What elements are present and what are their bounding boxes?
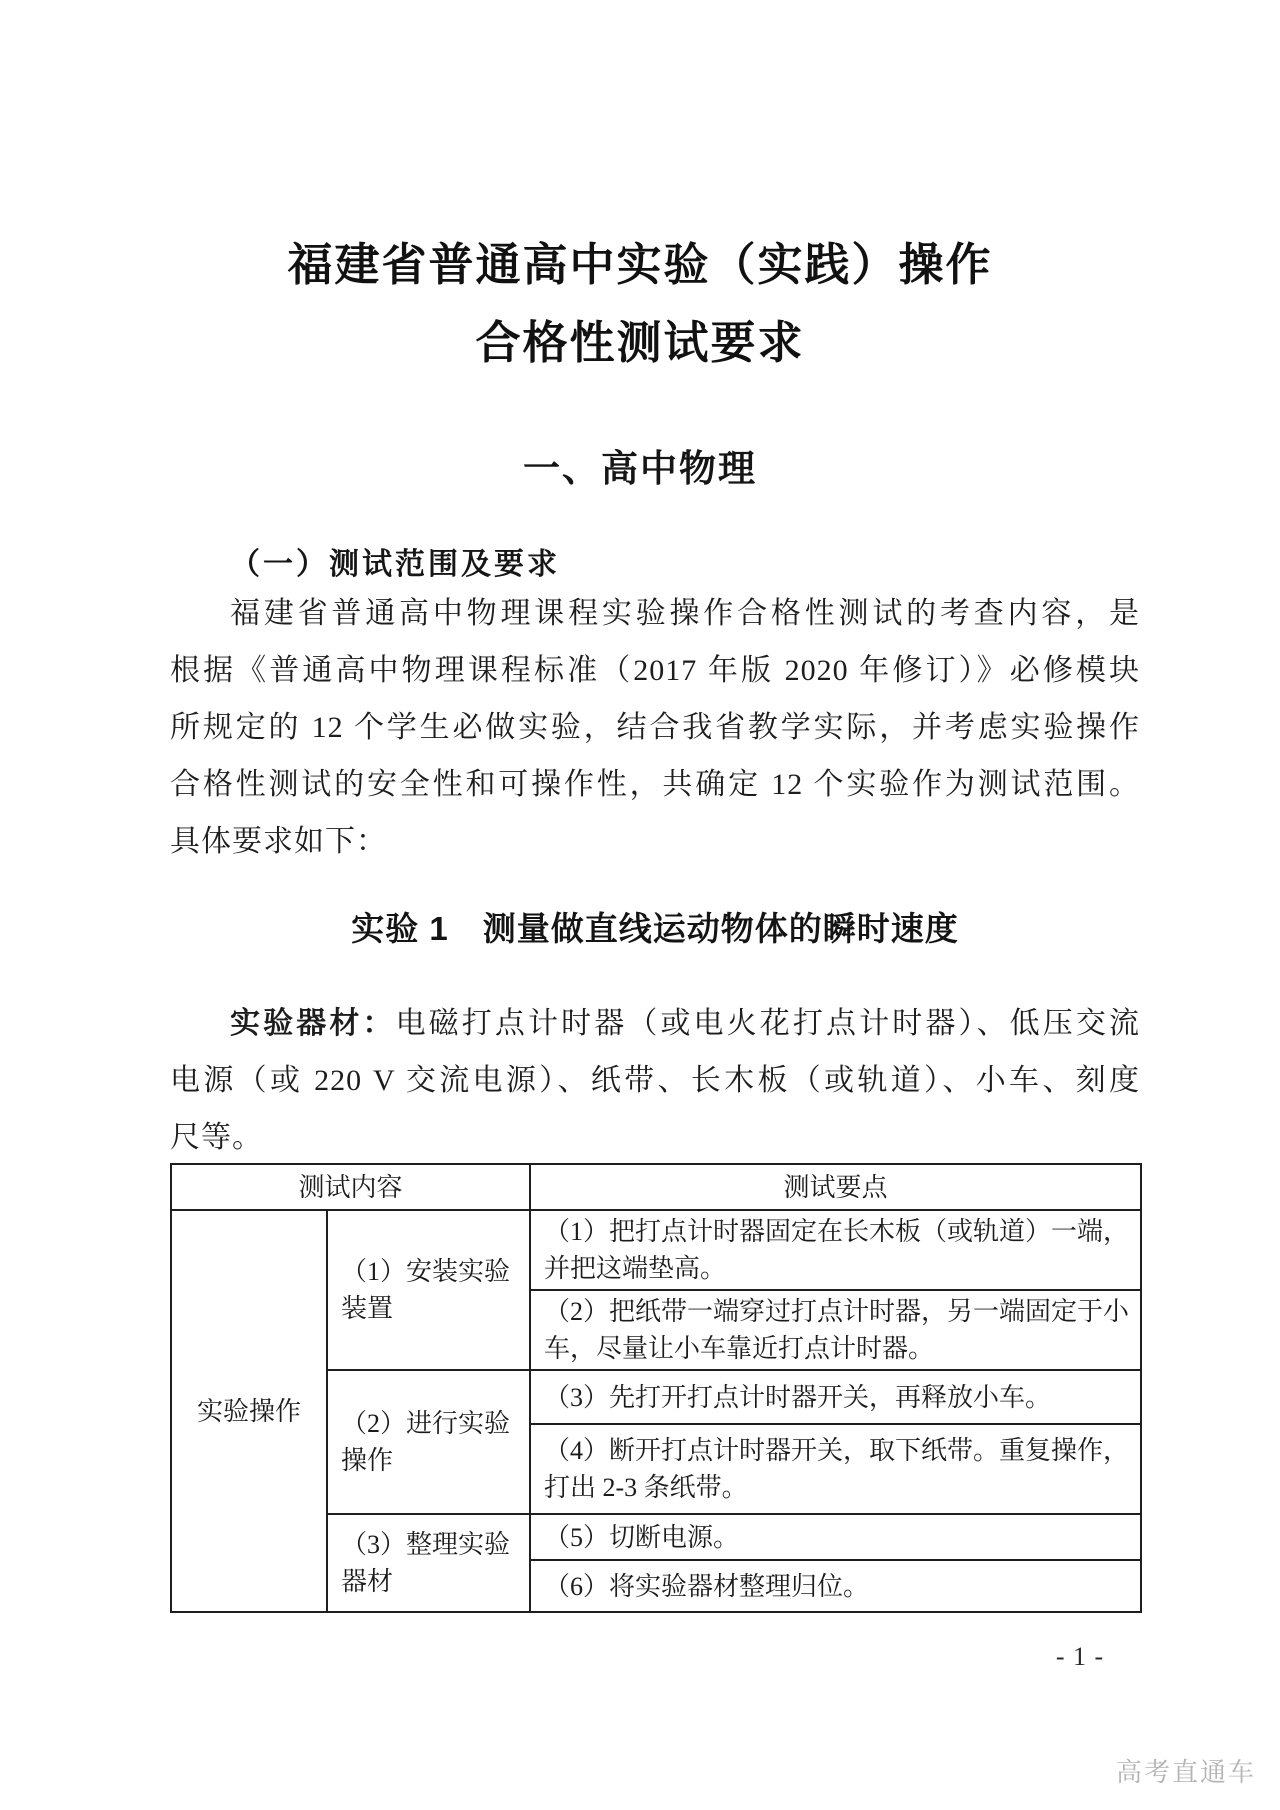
table-cell-point-6: （6）将实验器材整理归位。	[530, 1560, 1141, 1612]
equipment-line: 电源（或 220 V 交流电源）、纸带、长木板（或轨道）、小车、刻度	[170, 1052, 1140, 1109]
equipment-label: 实验器材：	[230, 1007, 396, 1040]
equipment-line: 尺等。	[170, 1109, 1140, 1166]
table-cell-content-1: （1）安装实验装置	[327, 1210, 530, 1370]
table-cell-content-3: （3）整理实验器材	[327, 1514, 530, 1612]
table-cell-point-1: （1）把打点计时器固定在长木板（或轨道）一端，并把这端垫高。	[530, 1210, 1141, 1290]
table-cell-point-3: （3）先打开打点计时器开关，再释放小车。	[530, 1370, 1141, 1424]
document-page: 福建省普通高中实验（实践）操作 合格性测试要求 一、高中物理 （一）测试范围及要…	[0, 0, 1280, 1810]
equipment-paragraph: 实验器材：电磁打点计时器（或电火花打点计时器）、低压交流 电源（或 220 V …	[170, 995, 1140, 1166]
intro-paragraph: 福建省普通高中物理课程实验操作合格性测试的考查内容，是 根据《普通高中物理课程标…	[170, 585, 1140, 870]
document-title-line1: 福建省普通高中实验（实践）操作	[0, 238, 1280, 292]
document-title: 福建省普通高中实验（实践）操作 合格性测试要求	[0, 238, 1280, 370]
table-cell-point-2: （2）把纸带一端穿过打点计时器，另一端固定于小车，尽量让小车靠近打点计时器。	[530, 1290, 1141, 1370]
experiment-1-heading: 实验 1 测量做直线运动物体的瞬时速度	[170, 903, 1140, 950]
section-heading-physics: 一、高中物理	[0, 438, 1280, 492]
intro-line: 具体要求如下：	[170, 813, 1140, 870]
table-cell-content-2: （2）进行实验操作	[327, 1370, 530, 1514]
table-cell-point-4: （4）断开打点计时器开关，取下纸带。重复操作，打出 2-3 条纸带。	[530, 1424, 1141, 1514]
intro-line: 合格性测试的安全性和可操作性，共确定 12 个实验作为测试范围。	[170, 756, 1140, 813]
page-number: - 1 -	[1020, 1642, 1140, 1672]
test-requirements-table: 测试内容 测试要点 实验操作 （1）安装实验装置 （1）把打点计时器固定在长木板…	[170, 1163, 1142, 1613]
watermark-text: 高考直通车	[1116, 1752, 1256, 1789]
equipment-line: 实验器材：电磁打点计时器（或电火花打点计时器）、低压交流	[170, 995, 1140, 1052]
table-header-points: 测试要点	[530, 1164, 1141, 1210]
intro-line: 根据《普通高中物理课程标准（2017 年版 2020 年修订）》必修模块	[170, 642, 1140, 699]
intro-line: 福建省普通高中物理课程实验操作合格性测试的考查内容，是	[170, 585, 1140, 642]
equipment-line1-rest: 电磁打点计时器（或电火花打点计时器）、低压交流	[396, 1007, 1140, 1040]
table-cell-group-label: 实验操作	[171, 1210, 327, 1612]
intro-line: 所规定的 12 个学生必做实验，结合我省教学实际，并考虑实验操作	[170, 699, 1140, 756]
table-cell-point-5: （5）切断电源。	[530, 1514, 1141, 1560]
table-header-row: 测试内容 测试要点	[171, 1164, 1141, 1210]
table-header-content: 测试内容	[171, 1164, 530, 1210]
document-title-line2: 合格性测试要求	[0, 316, 1280, 370]
subsection-heading-scope: （一）测试范围及要求	[170, 539, 560, 583]
table-row: 实验操作 （1）安装实验装置 （1）把打点计时器固定在长木板（或轨道）一端，并把…	[171, 1210, 1141, 1290]
